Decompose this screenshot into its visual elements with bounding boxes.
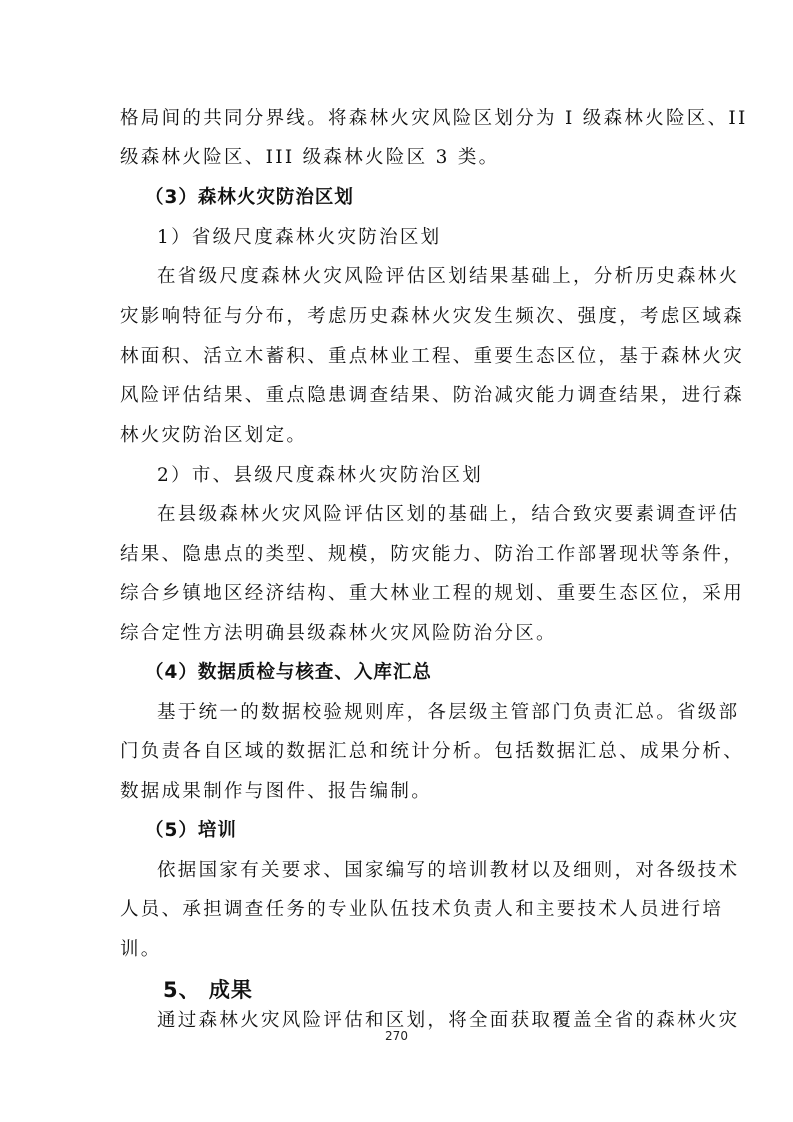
section-heading-5: （5）培训 bbox=[145, 820, 697, 842]
body-line: 结果、隐患点的类型、规模，防灾能力、防治工作部署现状等条件， bbox=[120, 544, 672, 566]
document-page: 格局间的共同分界线。将森林火灾风险区划分为 I 级森林火险区、II 级森林火险区… bbox=[0, 0, 793, 1122]
body-line: 灾影响特征与分布，考虑历史森林火灾发生频次、强度，考虑区域森 bbox=[120, 306, 672, 328]
body-line: 格局间的共同分界线。将森林火灾风险区划分为 I 级森林火险区、II bbox=[120, 108, 672, 130]
body-line: 综合定性方法明确县级森林火灾风险防治分区。 bbox=[120, 623, 672, 645]
body-line: 林火灾防治区划定。 bbox=[120, 425, 672, 447]
chapter-heading-results: 5、 成果 bbox=[163, 979, 715, 1001]
body-line: 在县级森林火灾风险评估区划的基础上，结合致灾要素调查评估 bbox=[157, 504, 672, 526]
body-line: 在省级尺度森林火灾风险评估区划结果基础上，分析历史森林火 bbox=[157, 266, 672, 288]
body-line: 基于统一的数据校验规则库，各层级主管部门负责汇总。省级部 bbox=[157, 702, 672, 724]
body-line: 训。 bbox=[120, 939, 672, 961]
body-line: 数据成果制作与图件、报告编制。 bbox=[120, 781, 672, 803]
body-line: 综合乡镇地区经济结构、重大林业工程的规划、重要生态区位，采用 bbox=[120, 583, 672, 605]
body-line: 门负责各自区域的数据汇总和统计分析。包括数据汇总、成果分析、 bbox=[120, 741, 672, 763]
page-number: 270 bbox=[0, 1029, 793, 1043]
body-line: 人员、承担调查任务的专业队伍技术负责人和主要技术人员进行培 bbox=[120, 899, 672, 921]
subheading-2: 2）市、县级尺度森林火灾防治区划 bbox=[157, 465, 672, 487]
body-line: 依据国家有关要求、国家编写的培训教材以及细则，对各级技术 bbox=[157, 860, 672, 882]
body-line: 林面积、活立木蓄积、重点林业工程、重要生态区位，基于森林火灾 bbox=[120, 346, 672, 368]
body-line: 级森林火险区、III 级森林火险区 3 类。 bbox=[120, 147, 672, 169]
body-line: 风险评估结果、重点隐患调查结果、防治减灾能力调查结果，进行森 bbox=[120, 385, 672, 407]
section-heading-3: （3）森林火灾防治区划 bbox=[145, 187, 697, 209]
section-heading-4: （4）数据质检与核查、入库汇总 bbox=[145, 662, 697, 684]
subheading-1: 1）省级尺度森林火灾防治区划 bbox=[157, 227, 672, 249]
